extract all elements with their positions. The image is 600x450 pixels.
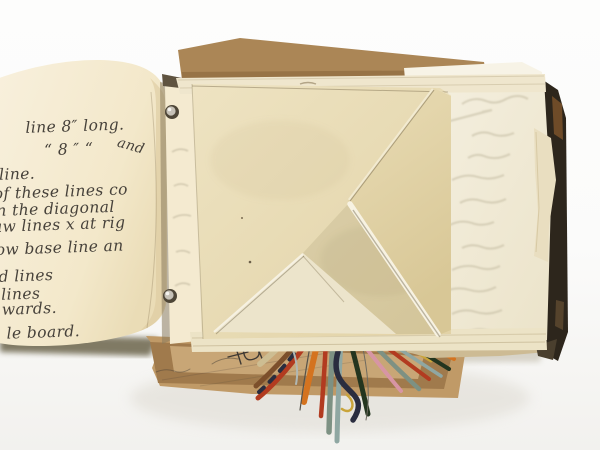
book-photo: line 8″ long. “ 8 ″ “ and line. of these…: [0, 0, 600, 450]
cover-leather-worn: [555, 300, 564, 330]
handwriting-line-1: “ 8 ″ “: [44, 140, 94, 160]
binding-post-top: [165, 105, 179, 119]
paper-speck: [241, 217, 243, 219]
photo-frame: line 8″ long. “ 8 ″ “ and line. of these…: [0, 0, 600, 450]
folded-sheet: [192, 84, 451, 339]
handwriting-line-0: line 8″ long.: [25, 115, 124, 136]
handwriting-line-8: d lines: [0, 266, 54, 286]
handwriting-line-10: wards.: [1, 299, 57, 319]
binding-post-bottom: [163, 289, 177, 303]
left-page: line 8″ long. “ 8 ″ “ and line. of these…: [0, 60, 167, 346]
handwriting-line-11: le board.: [6, 322, 80, 343]
handwriting-line-3: line.: [0, 165, 35, 184]
paper-speck: [249, 261, 252, 264]
